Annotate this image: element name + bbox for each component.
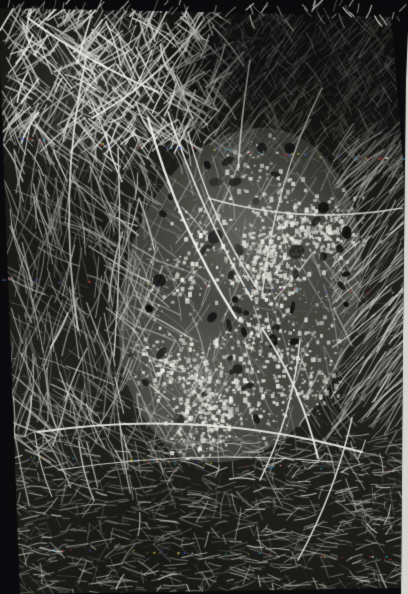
scanned-photo-page	[0, 0, 408, 594]
photo-image	[0, 0, 408, 594]
photograph	[0, 0, 408, 594]
